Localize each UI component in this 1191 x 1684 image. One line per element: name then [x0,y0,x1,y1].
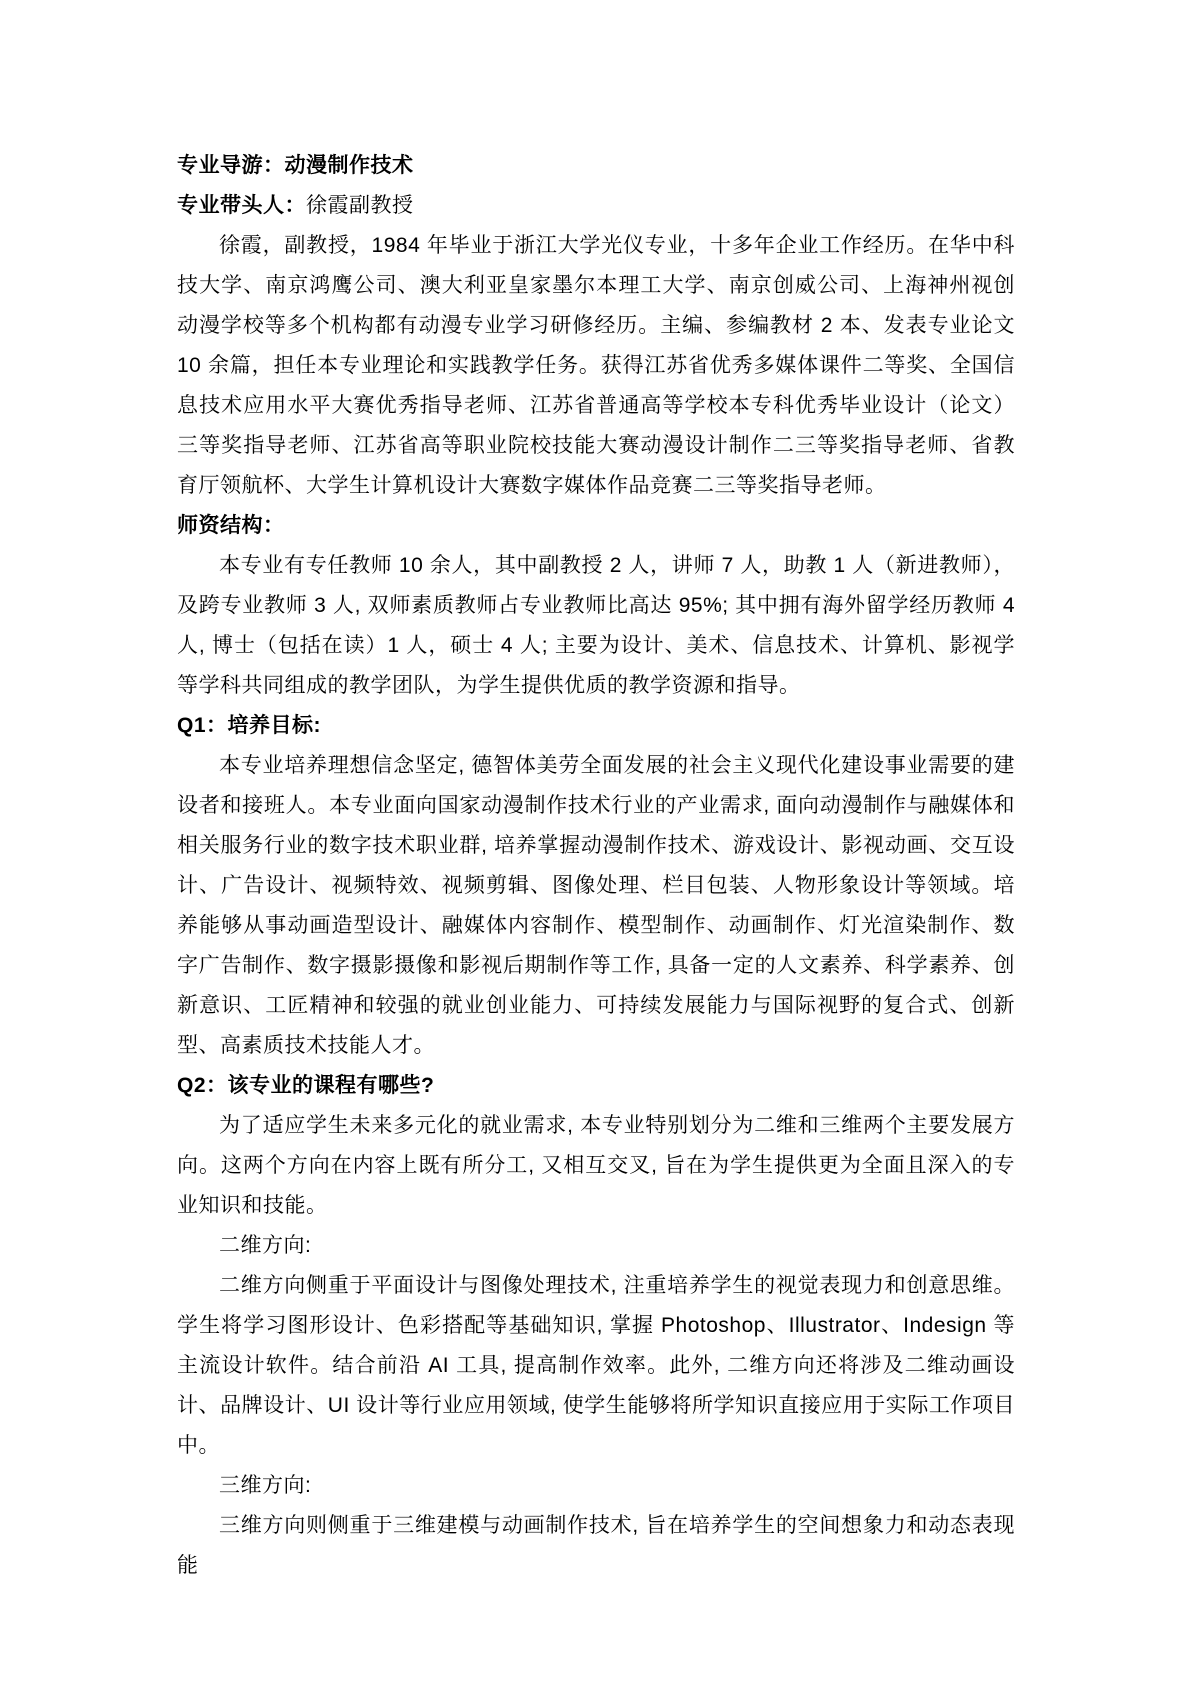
paragraph-leader-bio: 徐霞，副教授，1984 年毕业于浙江大学光仪专业，十多年企业工作经历。在华中科技… [177,226,1015,506]
paragraph-2d-direction: 二维方向侧重于平面设计与图像处理技术, 注重培养学生的视觉表现力和创意思维。学生… [177,1266,1015,1466]
subheading-3d-direction: 三维方向: [177,1466,1015,1506]
document-title: 专业导游：动漫制作技术 [177,146,1015,186]
paragraph-faculty-structure: 本专业有专任教师 10 余人，其中副教授 2 人，讲师 7 人，助教 1 人（新… [177,546,1015,706]
paragraph-q2-intro: 为了适应学生未来多元化的就业需求, 本专业特别划分为二维和三维两个主要发展方向。… [177,1106,1015,1226]
program-leader-label: 专业带头人： [177,194,306,217]
heading-q1-training-goal: Q1：培养目标: [177,706,1015,746]
program-leader-value: 徐霞副教授 [306,194,414,217]
subheading-2d-direction: 二维方向: [177,1226,1015,1266]
paragraph-q1-answer: 本专业培养理想信念坚定, 德智体美劳全面发展的社会主义现代化建设事业需要的建设者… [177,746,1015,1066]
paragraph-3d-direction: 三维方向则侧重于三维建模与动画制作技术, 旨在培养学生的空间想象力和动态表现能 [177,1506,1015,1586]
heading-q2-courses: Q2：该专业的课程有哪些? [177,1066,1015,1106]
document-page: 专业导游：动漫制作技术 专业带头人：徐霞副教授 徐霞，副教授，1984 年毕业于… [0,0,1191,1684]
heading-faculty-structure: 师资结构： [177,506,1015,546]
document-content: 专业导游：动漫制作技术 专业带头人：徐霞副教授 徐霞，副教授，1984 年毕业于… [177,146,1015,1586]
program-leader-line: 专业带头人：徐霞副教授 [177,186,1015,226]
